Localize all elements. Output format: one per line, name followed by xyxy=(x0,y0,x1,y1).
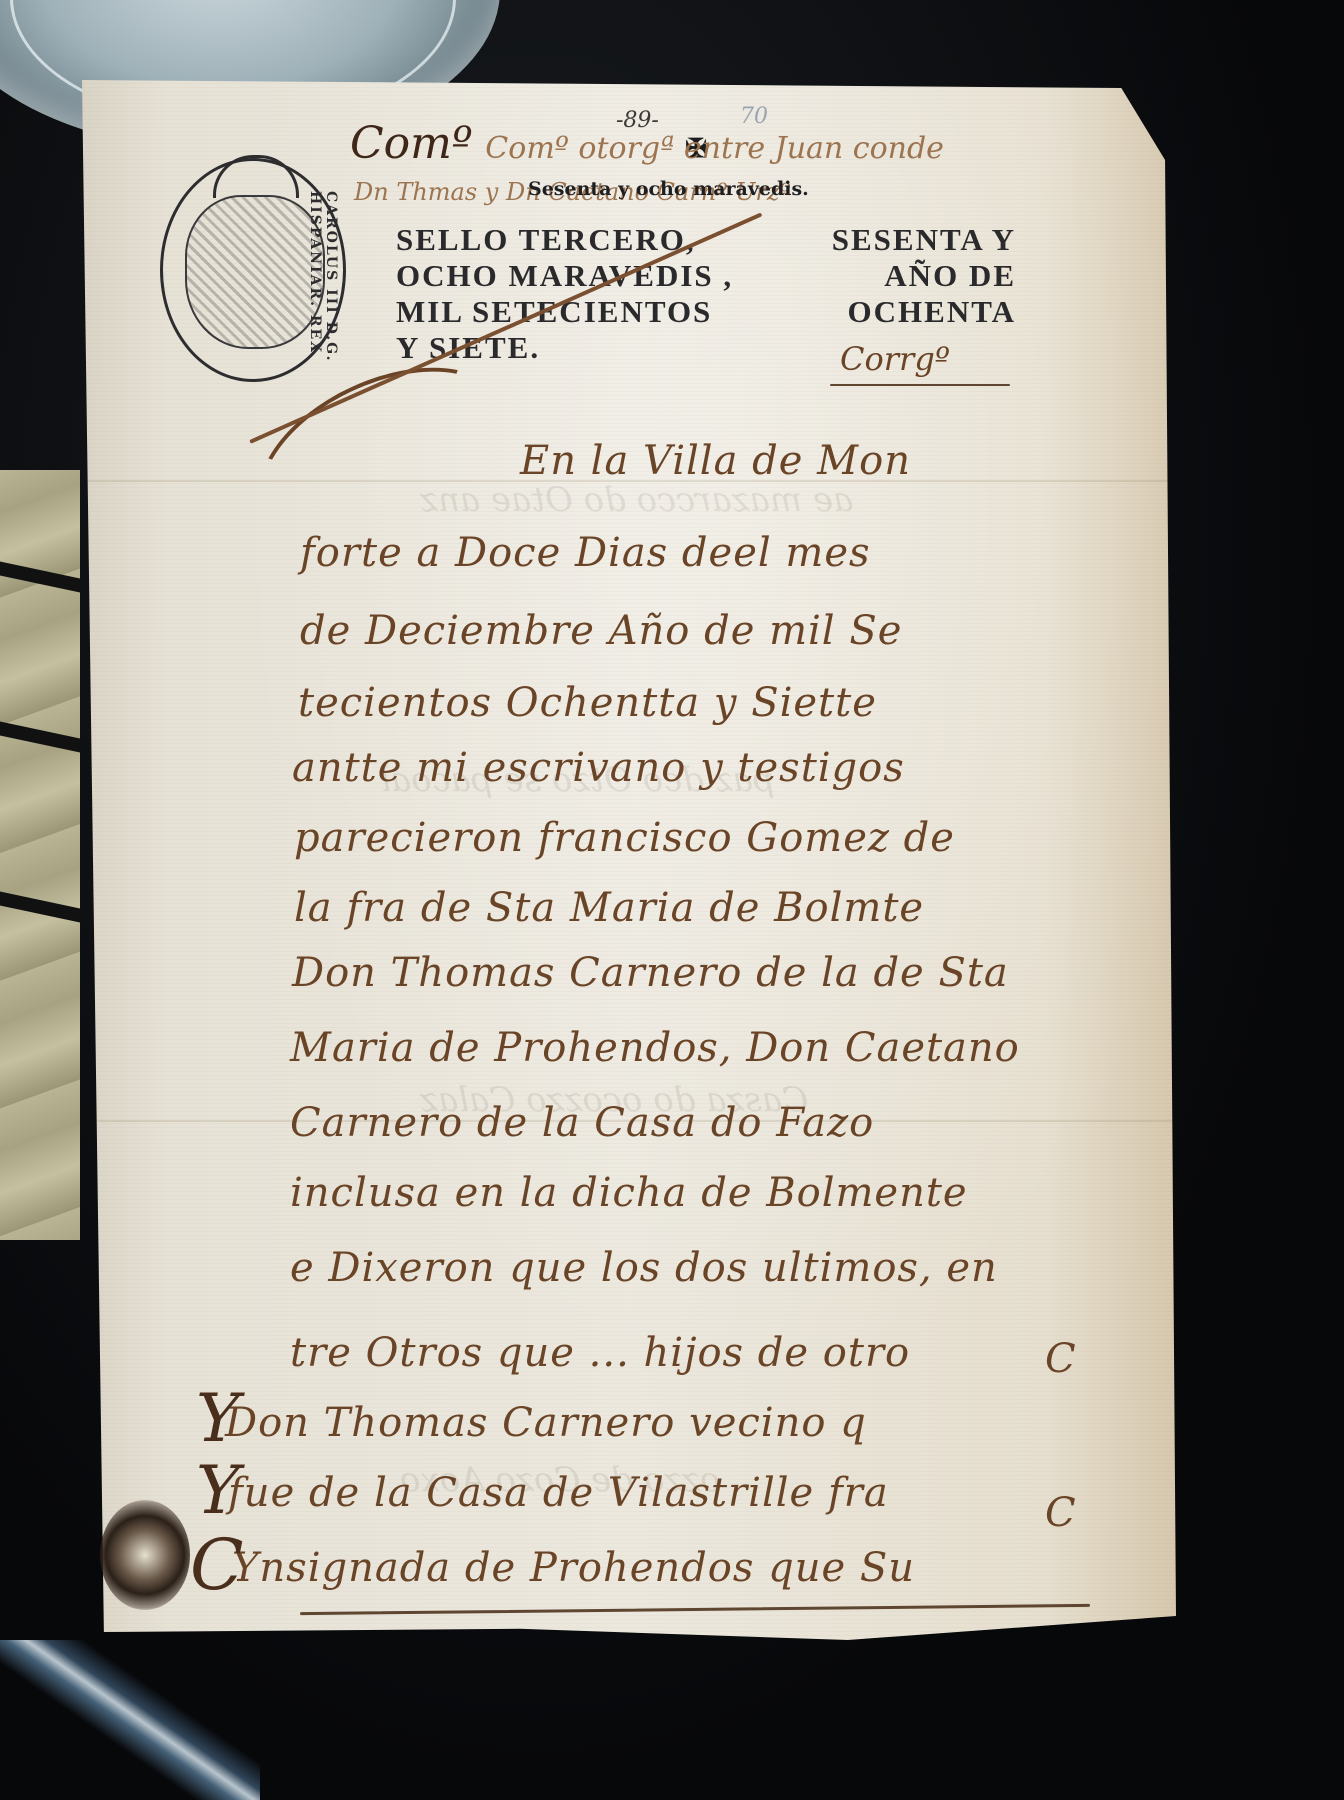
body-line: parecieron francisco Gomez de xyxy=(294,815,955,861)
body-line: Ynsignada de Prohendos que Su xyxy=(232,1545,915,1591)
margin-initial: Y xyxy=(196,1452,240,1529)
margin-mark: C xyxy=(1045,1336,1076,1382)
margin-mark: C xyxy=(1045,1490,1076,1536)
seal-legend: CAROLUS III D.G. HISPANIAR. REX xyxy=(307,191,339,379)
body-line: En la Villa de Mon xyxy=(520,438,911,484)
body-line: e Dixeron que los dos ultimos, en xyxy=(290,1245,998,1291)
body-line: tecientos Ochentta y Siette xyxy=(298,680,877,726)
correction-mark: Corrgº xyxy=(840,340,950,378)
crate-slat-gap xyxy=(0,721,80,752)
body-line: Maria de Prohendos, Don Caetano xyxy=(290,1025,1020,1071)
printed-line: OCHO MARAVEDIS ,AÑO DE xyxy=(396,258,1016,294)
margin-initial: C xyxy=(190,1524,244,1606)
bleed-through-text: ae mazarcco do Otae anz xyxy=(420,480,853,520)
crate-slat-gap xyxy=(0,561,80,592)
printed-line: MIL SETECIENTOSOCHENTA xyxy=(396,294,1016,330)
ink-burn-stain xyxy=(100,1500,190,1610)
body-line: forte a Doce Dias deel mes xyxy=(300,530,871,576)
stamp-price-line: Sesenta y ocho maravedis. xyxy=(528,178,809,200)
body-line: Carnero de la Casa do Fazo xyxy=(290,1100,874,1146)
body-line: Don Thomas Carnero de la de Sta xyxy=(292,950,1009,996)
body-line: antte mi escrivano y testigos xyxy=(292,745,905,791)
margin-initial: Y xyxy=(196,1380,240,1457)
correction-underline xyxy=(830,384,1010,386)
crate-slat-gap xyxy=(0,891,80,922)
body-line: Don Thomas Carnero vecino q xyxy=(225,1400,867,1446)
glass-edge-reflection xyxy=(0,1640,260,1800)
marginal-header-line1: Comº Comº otorgª entre Juan conde xyxy=(350,118,944,169)
body-line: la fra de Sta Maria de Bolmte xyxy=(294,885,924,931)
body-line: fue de la Casa de Vilastrille fra xyxy=(228,1470,889,1516)
body-line: de Deciembre Año de mil Se xyxy=(300,608,902,654)
coat-of-arms-icon xyxy=(185,195,325,349)
royal-stamp-seal: CAROLUS III D.G. HISPANIAR. REX xyxy=(160,158,346,382)
wooden-crate-background xyxy=(0,470,80,1240)
body-line: inclusa en la dicha de Bolmente xyxy=(290,1170,968,1216)
body-line: tre Otros que ... hijos de otro xyxy=(290,1330,910,1376)
